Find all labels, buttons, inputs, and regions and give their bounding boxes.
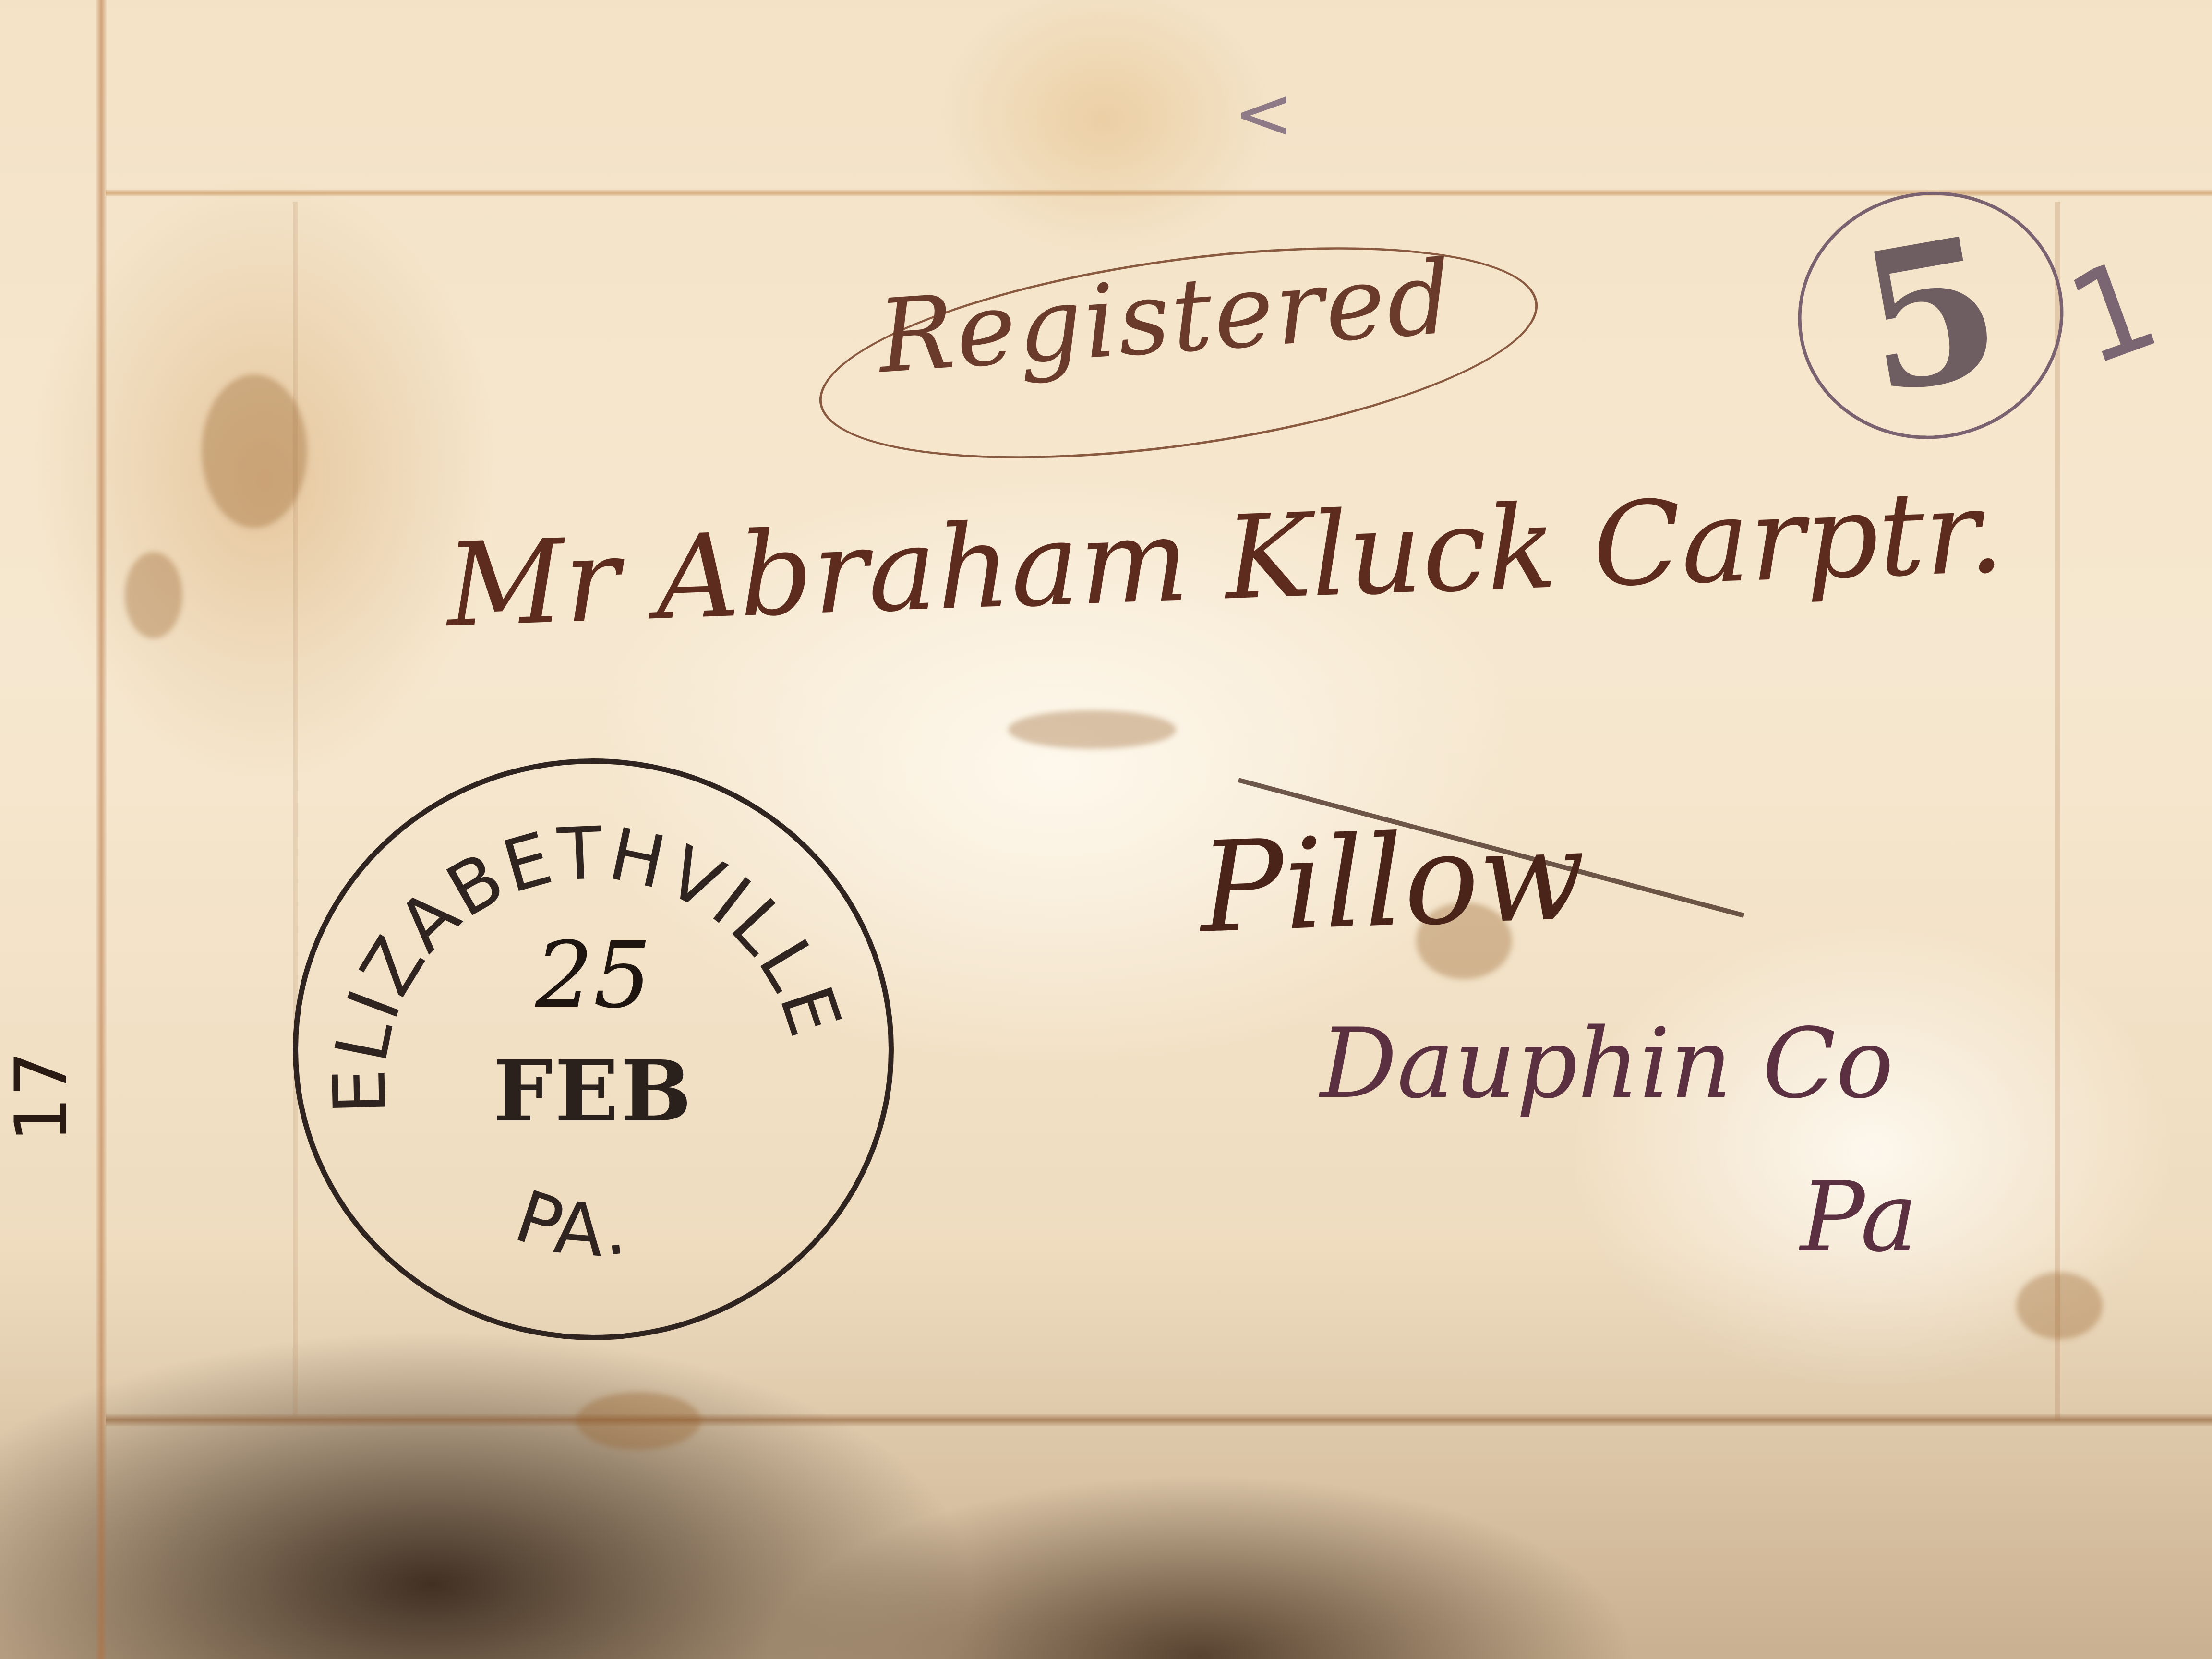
fold-line-left <box>96 0 107 1659</box>
rate-value: 5 <box>1848 209 2013 421</box>
corner-check-mark: < <box>1234 72 1294 156</box>
addressee-state: Pa <box>1800 1162 1918 1274</box>
foxing-stain <box>1008 710 1176 749</box>
postmark-state: PA. <box>505 1175 635 1274</box>
foxing-stain <box>576 1392 701 1450</box>
addressee-name: Mr Abraham Kluck Carptr. <box>444 464 2006 653</box>
rate-handstamp: 5 <box>1779 171 2083 460</box>
foxing-stain <box>2016 1272 2103 1339</box>
fold-line-bottom <box>106 1414 2212 1426</box>
svg-text:PA.: PA. <box>505 1175 635 1274</box>
addressee-town: Pillow <box>1198 803 1588 961</box>
foxing-stain <box>202 374 307 528</box>
postmark-month: FEB <box>298 1042 889 1141</box>
circular-datestamp: ELIZABETHVILLE PA. 25 FEB <box>293 758 894 1340</box>
left-edge-notation: 17 <box>0 1051 84 1142</box>
fold-line-inner-left <box>293 202 298 1416</box>
postal-cover: < Registered 5 1 Mr Abraham Kluck Carptr… <box>0 0 2212 1659</box>
fold-line-right <box>2055 202 2060 1421</box>
postmark-day: 25 <box>298 922 889 1028</box>
side-marking: 1 <box>2051 231 2176 394</box>
addressee-county: Dauphin Co <box>1320 1008 1894 1120</box>
foxing-stain <box>125 552 182 638</box>
fold-line-top <box>106 190 2212 196</box>
